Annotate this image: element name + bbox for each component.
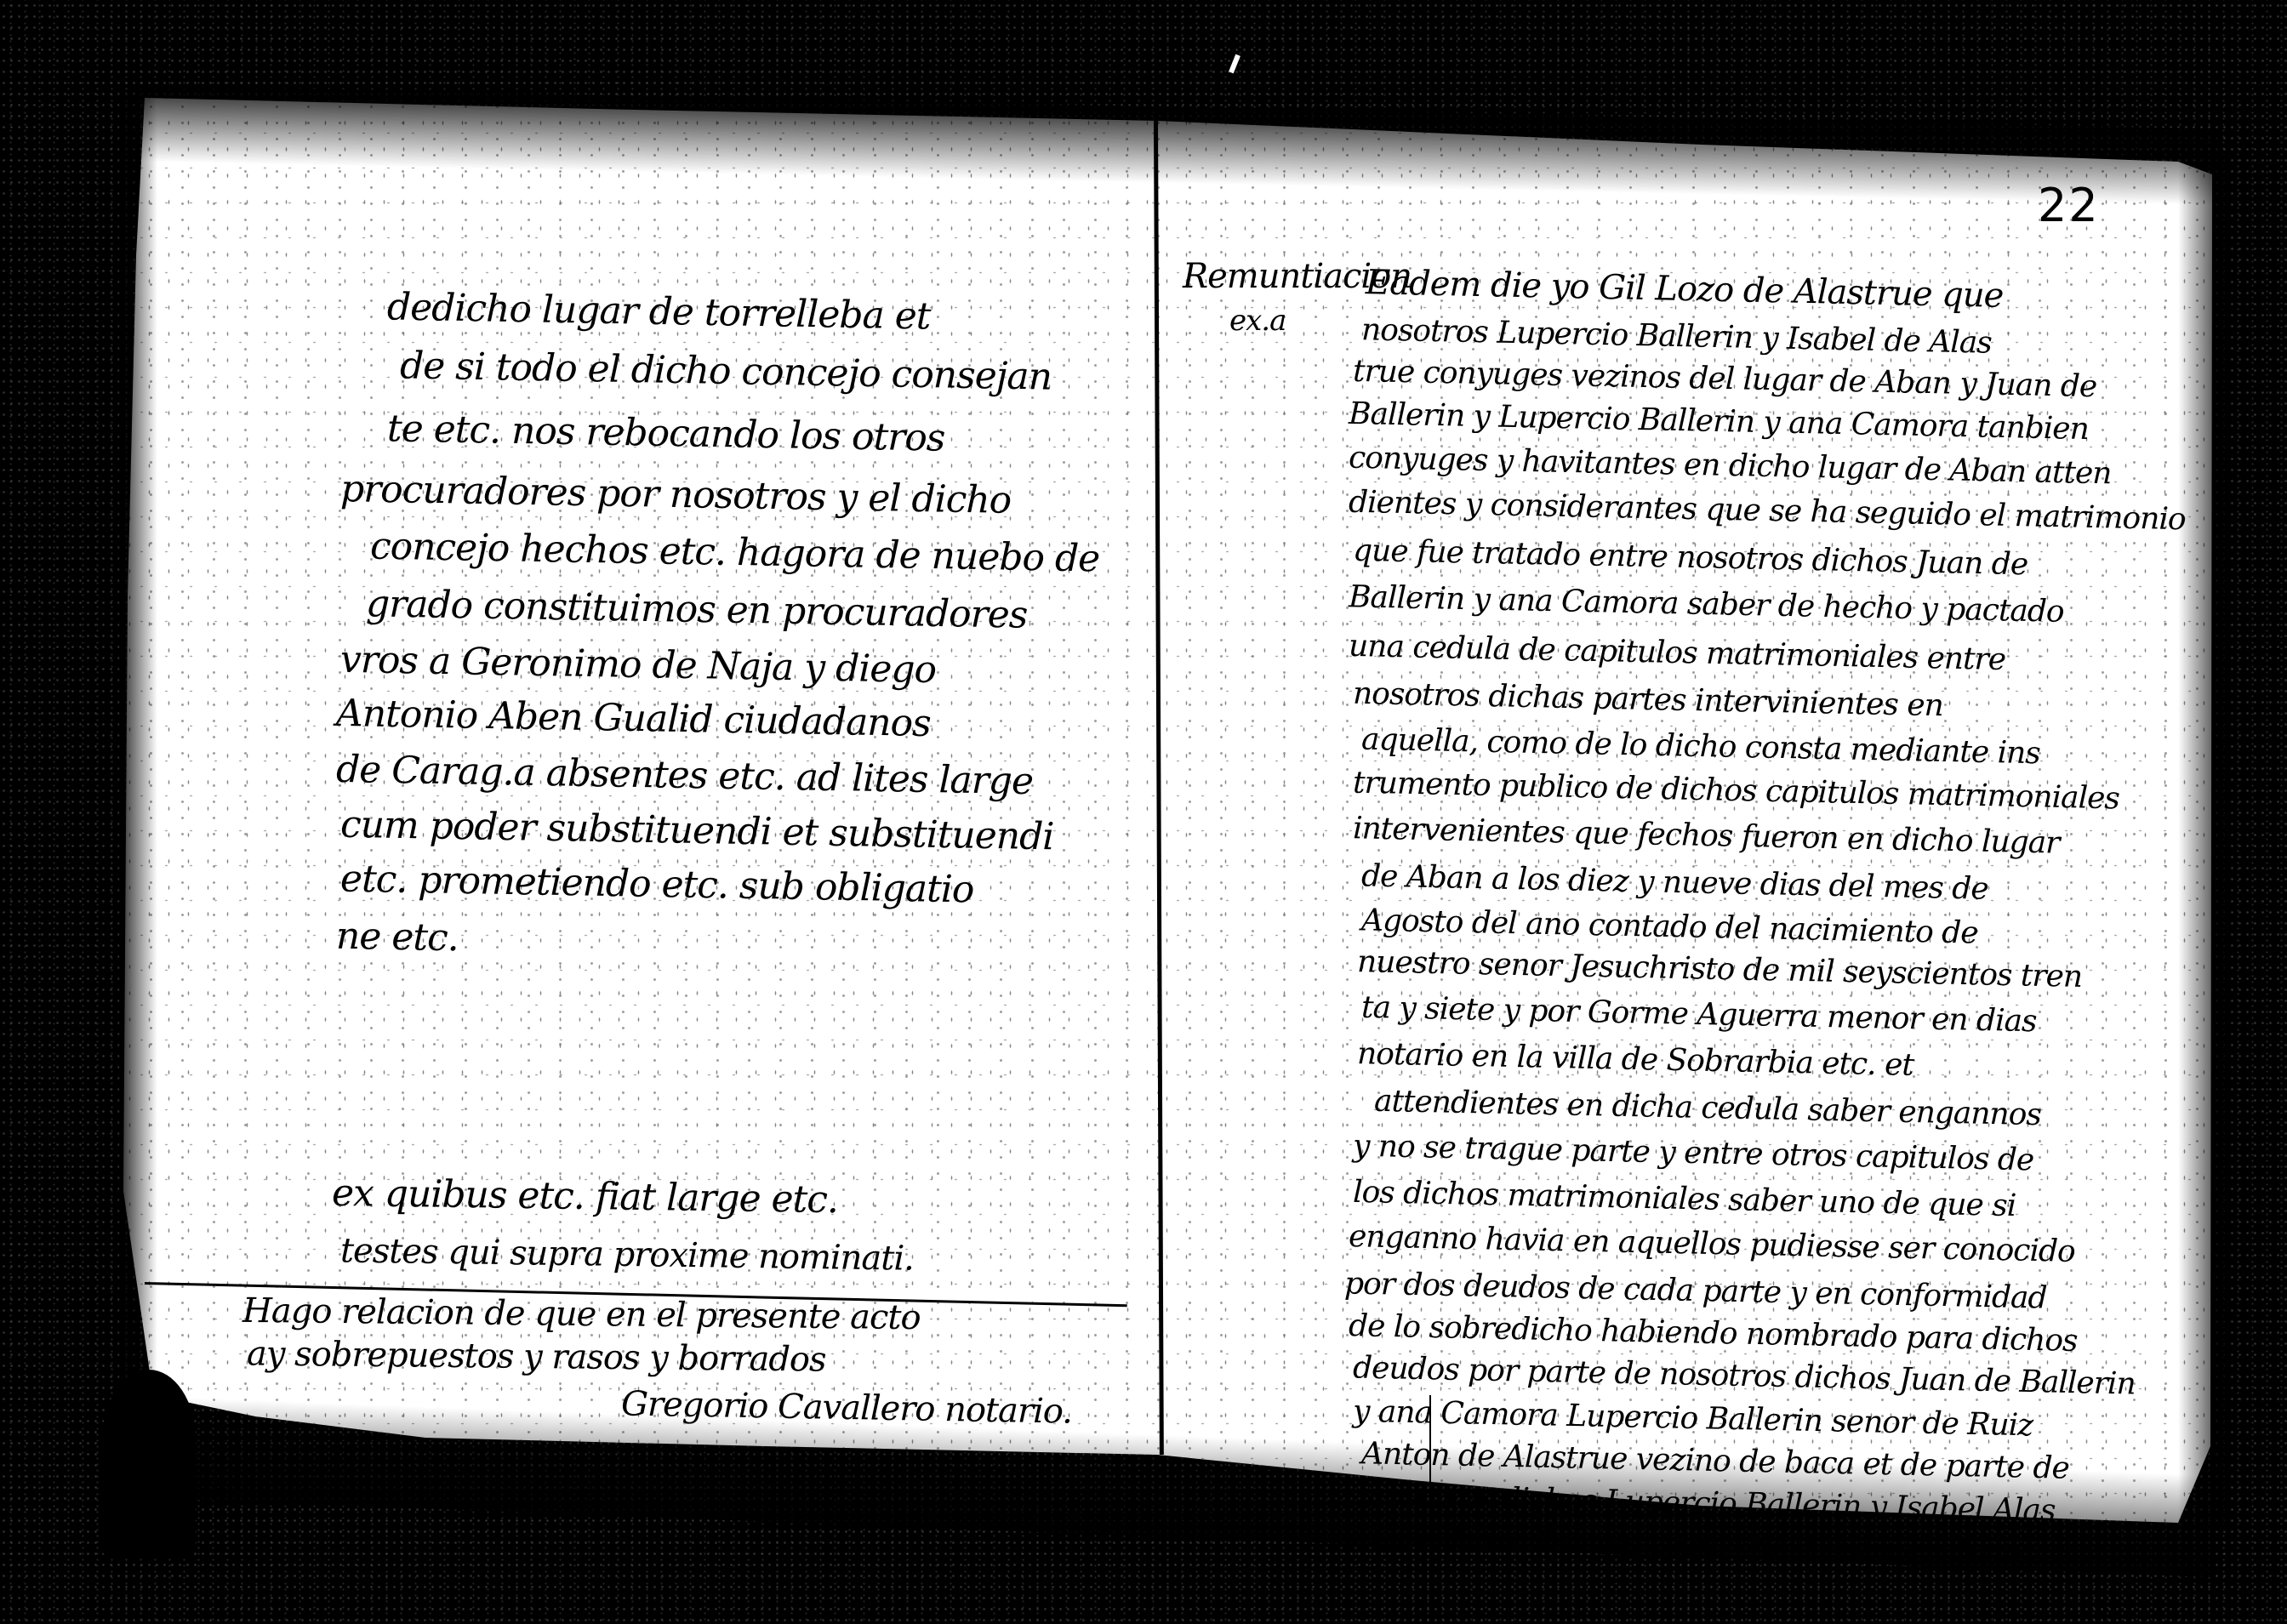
left-line: Antonio Aben Gualid ciudadanos [336, 695, 931, 743]
left-line: te etc. nos rebocando los otros [387, 410, 945, 457]
left-bottom-note: ex quibus etc. fiat large etc. [332, 1175, 839, 1219]
left-line: de si todo el dicho concejo consejan [400, 347, 1052, 396]
margin-note: ex.a [1229, 306, 1286, 335]
folio-number: 22 [2038, 179, 2100, 232]
left-line: dedicho lugar de torrelleba et [387, 288, 931, 335]
left-line: etc. prometiendo etc. sub obligatio [340, 861, 974, 909]
left-line: vros a Geronimo de Naja y diego [340, 641, 937, 689]
binding-tie-shadow [102, 1370, 196, 1557]
left-bottom-note: testes qui supra proxime nominati. [340, 1234, 914, 1275]
left-line: grado constituimos en procuradores [366, 585, 1028, 635]
notary-annotation: ay sobrepuestos y rasos y borrados [247, 1336, 826, 1376]
notary-annotation: Hago relacion de que en el presente acto [242, 1294, 921, 1335]
notary-signature: Gregorio Cavallero notario. [621, 1387, 1073, 1428]
left-line: ne etc. [336, 918, 459, 958]
